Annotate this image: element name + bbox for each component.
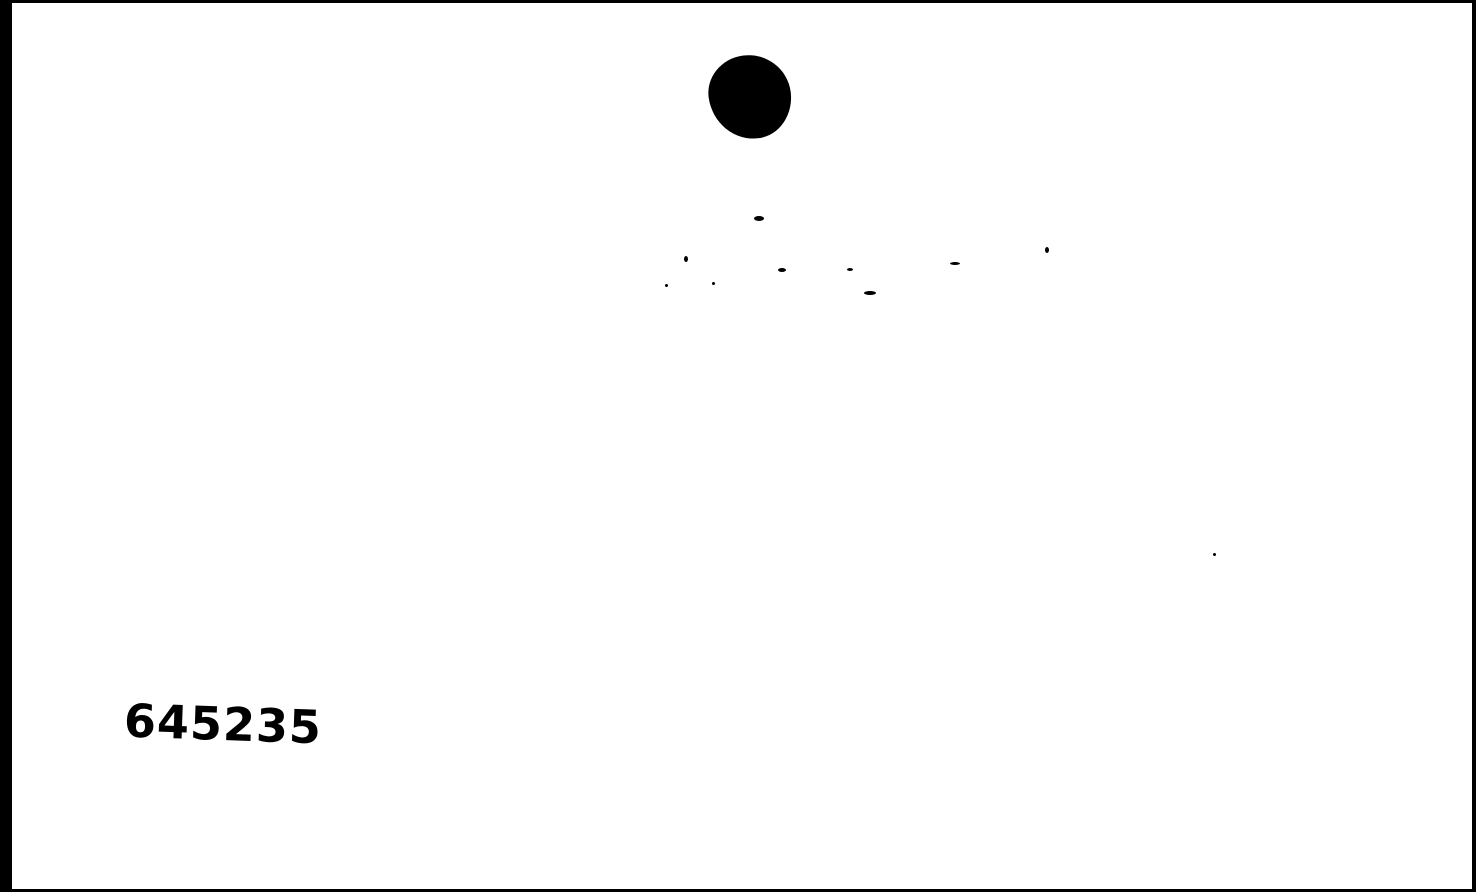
speck (1213, 553, 1216, 556)
speck (684, 256, 688, 262)
card-number: 645235 (123, 694, 323, 755)
speck (712, 282, 715, 285)
speck (1045, 247, 1049, 253)
speck (754, 216, 764, 221)
scanned-card: 645235 (12, 3, 1472, 889)
speck (950, 262, 960, 265)
speck (864, 291, 876, 295)
speck (778, 268, 786, 272)
speck (665, 284, 668, 287)
punch-hole (704, 50, 797, 145)
speck (847, 268, 853, 271)
